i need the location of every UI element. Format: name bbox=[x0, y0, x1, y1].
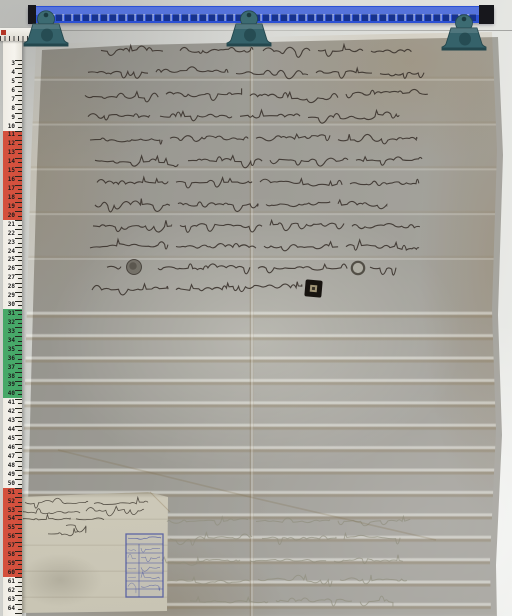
ruler-tick bbox=[15, 77, 22, 78]
clip-knob-hole bbox=[247, 13, 252, 18]
ruler-tick bbox=[18, 243, 22, 244]
ruler-tick bbox=[18, 135, 22, 136]
clip-center-shade bbox=[459, 33, 471, 46]
ruler-tick bbox=[18, 82, 22, 83]
bulldog-clip-right bbox=[440, 8, 488, 66]
ruler-tick bbox=[15, 292, 22, 293]
ruler-tick bbox=[15, 613, 22, 614]
ruler-tick bbox=[18, 564, 22, 565]
ruler-number: 36 bbox=[3, 356, 15, 362]
ruler-tick bbox=[18, 198, 22, 199]
ruler-number: 40 bbox=[3, 391, 15, 397]
ruler-tick bbox=[18, 484, 22, 485]
ruler-tick bbox=[18, 127, 22, 128]
ruler-tick bbox=[18, 439, 22, 440]
ruler-number: 28 bbox=[3, 284, 15, 290]
ruler-tick bbox=[18, 64, 22, 65]
ruler-tick bbox=[18, 332, 22, 333]
ruler-tick bbox=[15, 569, 22, 570]
clip-knob-hole bbox=[462, 17, 467, 22]
ruler-tick bbox=[18, 323, 22, 324]
ruler-tick bbox=[18, 91, 22, 92]
ruler-number: 18 bbox=[3, 195, 15, 201]
ruler-number: 48 bbox=[3, 463, 15, 469]
ruler-tick bbox=[18, 546, 22, 547]
ruler-tick bbox=[18, 144, 22, 145]
ruler-number: 15 bbox=[3, 168, 15, 174]
ruler-number: 10 bbox=[3, 124, 15, 130]
ruler-number: 51 bbox=[3, 490, 15, 496]
ruler-tick bbox=[15, 310, 22, 311]
ruler-number: 64 bbox=[3, 606, 15, 612]
ruler-tick bbox=[18, 189, 22, 190]
archival-photo-scene: 3456789101112131415161718192021222324252… bbox=[0, 0, 512, 616]
ruler-number: 25 bbox=[3, 257, 15, 263]
ruler-number: 6 bbox=[3, 88, 15, 94]
ruler-tick bbox=[15, 363, 22, 364]
ruler-tick bbox=[18, 368, 22, 369]
ruler-number: 23 bbox=[3, 240, 15, 246]
paper-center-vertical-fold bbox=[249, 40, 254, 616]
ruler-tick bbox=[15, 86, 22, 87]
ruler-number: 4 bbox=[3, 70, 15, 76]
ruler-tick bbox=[15, 452, 22, 453]
ruler-tick bbox=[18, 502, 22, 503]
ruler-number: 39 bbox=[3, 382, 15, 388]
ruler-number: 52 bbox=[3, 499, 15, 505]
ruler-tick bbox=[15, 140, 22, 141]
ruler-tick bbox=[18, 269, 22, 270]
ruler-number: 27 bbox=[3, 275, 15, 281]
ruler-tick bbox=[15, 604, 22, 605]
ruler-tick bbox=[15, 444, 22, 445]
ruler-number: 49 bbox=[3, 472, 15, 478]
ruler-tick bbox=[18, 430, 22, 431]
ruler-number: 22 bbox=[3, 231, 15, 237]
ruler-number: 61 bbox=[3, 579, 15, 585]
ruler-tick bbox=[18, 100, 22, 101]
ruler-tick bbox=[18, 216, 22, 217]
ruler-number: 26 bbox=[3, 266, 15, 272]
ruler-tick bbox=[15, 515, 22, 516]
ruler-tick bbox=[18, 582, 22, 583]
ruler-tick bbox=[15, 238, 22, 239]
ruler-tick bbox=[18, 314, 22, 315]
ruler-tick bbox=[18, 600, 22, 601]
ruler-tick bbox=[15, 149, 22, 150]
ruler-tick bbox=[15, 336, 22, 337]
ruler-tick bbox=[15, 426, 22, 427]
clip-graphic bbox=[225, 4, 273, 62]
ruler-number: 62 bbox=[3, 588, 15, 594]
ruler-number: 35 bbox=[3, 347, 15, 353]
ruler-tick bbox=[18, 260, 22, 261]
ruler-number: 14 bbox=[3, 159, 15, 165]
ruler-tick bbox=[18, 153, 22, 154]
clip-highlight bbox=[235, 24, 263, 29]
ruler-tick bbox=[18, 118, 22, 119]
ruler-tick bbox=[18, 421, 22, 422]
ruler-tick bbox=[15, 95, 22, 96]
ruler-tick bbox=[15, 345, 22, 346]
ruler-tick bbox=[15, 381, 22, 382]
ruler-number: 41 bbox=[3, 400, 15, 406]
ruler-tick bbox=[15, 247, 22, 248]
ruler-tick bbox=[15, 399, 22, 400]
ruler-tick bbox=[15, 301, 22, 302]
ruler-tick bbox=[15, 586, 22, 587]
ruler-number: 12 bbox=[3, 141, 15, 147]
ruler-tick bbox=[18, 475, 22, 476]
ruler-tick bbox=[18, 394, 22, 395]
ruler-tick bbox=[18, 171, 22, 172]
ruler-number: 42 bbox=[3, 409, 15, 415]
ruler-tick bbox=[15, 283, 22, 284]
clip-graphic bbox=[440, 8, 488, 66]
clip-knob-hole bbox=[44, 13, 49, 18]
ruler-tick bbox=[15, 122, 22, 123]
ruler-tick bbox=[15, 551, 22, 552]
ruler-tick bbox=[15, 131, 22, 132]
ruler-tick bbox=[18, 377, 22, 378]
ruler-number: 54 bbox=[3, 516, 15, 522]
ruler-number: 3 bbox=[3, 61, 15, 67]
ruler-tick bbox=[15, 256, 22, 257]
ruler-tick bbox=[18, 403, 22, 404]
ruler-number: 59 bbox=[3, 561, 15, 567]
ruler-number: 5 bbox=[3, 79, 15, 85]
ruler-tick bbox=[15, 461, 22, 462]
ruler-tick bbox=[15, 390, 22, 391]
ruler-tick bbox=[15, 274, 22, 275]
clip-highlight bbox=[450, 28, 478, 33]
ruler-tick bbox=[15, 354, 22, 355]
ruler-tick bbox=[15, 185, 22, 186]
bulldog-clip-center bbox=[225, 4, 273, 62]
clip-center-shade bbox=[41, 29, 53, 42]
clip-graphic bbox=[22, 4, 70, 62]
ruler-tick bbox=[15, 417, 22, 418]
ruler-number: 21 bbox=[3, 222, 15, 228]
ruler-number: 37 bbox=[3, 365, 15, 371]
ruler-tick bbox=[18, 385, 22, 386]
clip-highlight bbox=[32, 24, 60, 29]
ruler-tick bbox=[18, 493, 22, 494]
ruler-number: 60 bbox=[3, 570, 15, 576]
ruler-tick bbox=[15, 220, 22, 221]
ruler-tick bbox=[15, 211, 22, 212]
clip-base-shade bbox=[24, 44, 68, 47]
ruler-tick bbox=[15, 560, 22, 561]
ruler-tick bbox=[18, 73, 22, 74]
ruler-tick bbox=[18, 234, 22, 235]
ruler-tick bbox=[15, 497, 22, 498]
ruler-tick bbox=[15, 577, 22, 578]
ruler-tick bbox=[18, 109, 22, 110]
ruler-tick bbox=[15, 435, 22, 436]
ruler-tick bbox=[15, 372, 22, 373]
ruler-tick bbox=[18, 591, 22, 592]
ruler-number: 7 bbox=[3, 97, 15, 103]
ruler-tick bbox=[15, 113, 22, 114]
ruler-number: 46 bbox=[3, 445, 15, 451]
ruler-tick bbox=[18, 278, 22, 279]
ruler-tick bbox=[18, 305, 22, 306]
clip-base-shade bbox=[442, 48, 486, 51]
ruler-number: 45 bbox=[3, 436, 15, 442]
ruler-number: 11 bbox=[3, 132, 15, 138]
ruler-tick bbox=[15, 488, 22, 489]
ruler-number: 9 bbox=[3, 115, 15, 121]
ruler-tick bbox=[15, 479, 22, 480]
ruler-tick bbox=[18, 341, 22, 342]
ruler-tick bbox=[18, 609, 22, 610]
ruler-tick bbox=[18, 296, 22, 297]
ruler-number: 24 bbox=[3, 249, 15, 255]
ruler-number: 20 bbox=[3, 213, 15, 219]
ruler-tick bbox=[18, 359, 22, 360]
ruler-tick bbox=[15, 104, 22, 105]
ruler-tick bbox=[18, 180, 22, 181]
ruler-tick bbox=[18, 555, 22, 556]
ruler-tick bbox=[18, 287, 22, 288]
ruler-tick bbox=[15, 533, 22, 534]
ruler-number: 33 bbox=[3, 329, 15, 335]
ruler-number: 8 bbox=[3, 106, 15, 112]
ruler-tick bbox=[18, 350, 22, 351]
ruler-tick bbox=[18, 457, 22, 458]
bulldog-clip-left bbox=[22, 4, 70, 62]
ruler-number: 30 bbox=[3, 302, 15, 308]
ruler-number: 58 bbox=[3, 552, 15, 558]
ruler-number: 50 bbox=[3, 481, 15, 487]
clip-base-shade bbox=[227, 44, 271, 47]
ruler-tick bbox=[15, 470, 22, 471]
ruler-tick bbox=[15, 229, 22, 230]
ruler-tick bbox=[18, 162, 22, 163]
ruler-tick bbox=[15, 167, 22, 168]
clip-center-shade bbox=[244, 29, 256, 42]
ruler-tick bbox=[15, 202, 22, 203]
ruler-number: 16 bbox=[3, 177, 15, 183]
ruler-number: 32 bbox=[3, 320, 15, 326]
ruler-number: 44 bbox=[3, 427, 15, 433]
ruler-tick bbox=[15, 319, 22, 320]
ruler-number: 31 bbox=[3, 311, 15, 317]
ruler-tick bbox=[18, 466, 22, 467]
ruler-number: 57 bbox=[3, 543, 15, 549]
ruler-tick bbox=[15, 68, 22, 69]
ruler-tick bbox=[18, 207, 22, 208]
ruler-tick bbox=[18, 519, 22, 520]
ruler-tick bbox=[15, 158, 22, 159]
ruler-number: 63 bbox=[3, 597, 15, 603]
ruler-tick bbox=[15, 408, 22, 409]
ruler-tick bbox=[18, 225, 22, 226]
ruler-number: 34 bbox=[3, 338, 15, 344]
vertical-cm-ruler: 3456789101112131415161718192021222324252… bbox=[3, 40, 22, 616]
ruler-tick bbox=[18, 537, 22, 538]
ruler-number: 29 bbox=[3, 293, 15, 299]
ruler-tick bbox=[15, 193, 22, 194]
ruler-number: 43 bbox=[3, 418, 15, 424]
ruler-tick bbox=[18, 511, 22, 512]
ruler-number: 47 bbox=[3, 454, 15, 460]
ruler-tick bbox=[15, 506, 22, 507]
ruler-tick bbox=[15, 327, 22, 328]
ruler-number: 55 bbox=[3, 525, 15, 531]
ruler-number: 19 bbox=[3, 204, 15, 210]
ruler-tick bbox=[15, 524, 22, 525]
ruler-tick bbox=[18, 573, 22, 574]
ruler-tick bbox=[15, 542, 22, 543]
ruler-tick bbox=[15, 176, 22, 177]
ruler-number: 53 bbox=[3, 508, 15, 514]
ruler-tick bbox=[15, 265, 22, 266]
ruler-tick bbox=[18, 528, 22, 529]
ruler-number: 38 bbox=[3, 374, 15, 380]
ruler-tick bbox=[18, 448, 22, 449]
ruler-tick bbox=[18, 252, 22, 253]
ruler-tick bbox=[18, 412, 22, 413]
ruler-number: 56 bbox=[3, 534, 15, 540]
ruler-tick bbox=[15, 60, 22, 61]
paper-fold-creases-upper bbox=[0, 58, 512, 300]
ruler-tick bbox=[15, 595, 22, 596]
ruler-number: 17 bbox=[3, 186, 15, 192]
ruler-number: 13 bbox=[3, 150, 15, 156]
